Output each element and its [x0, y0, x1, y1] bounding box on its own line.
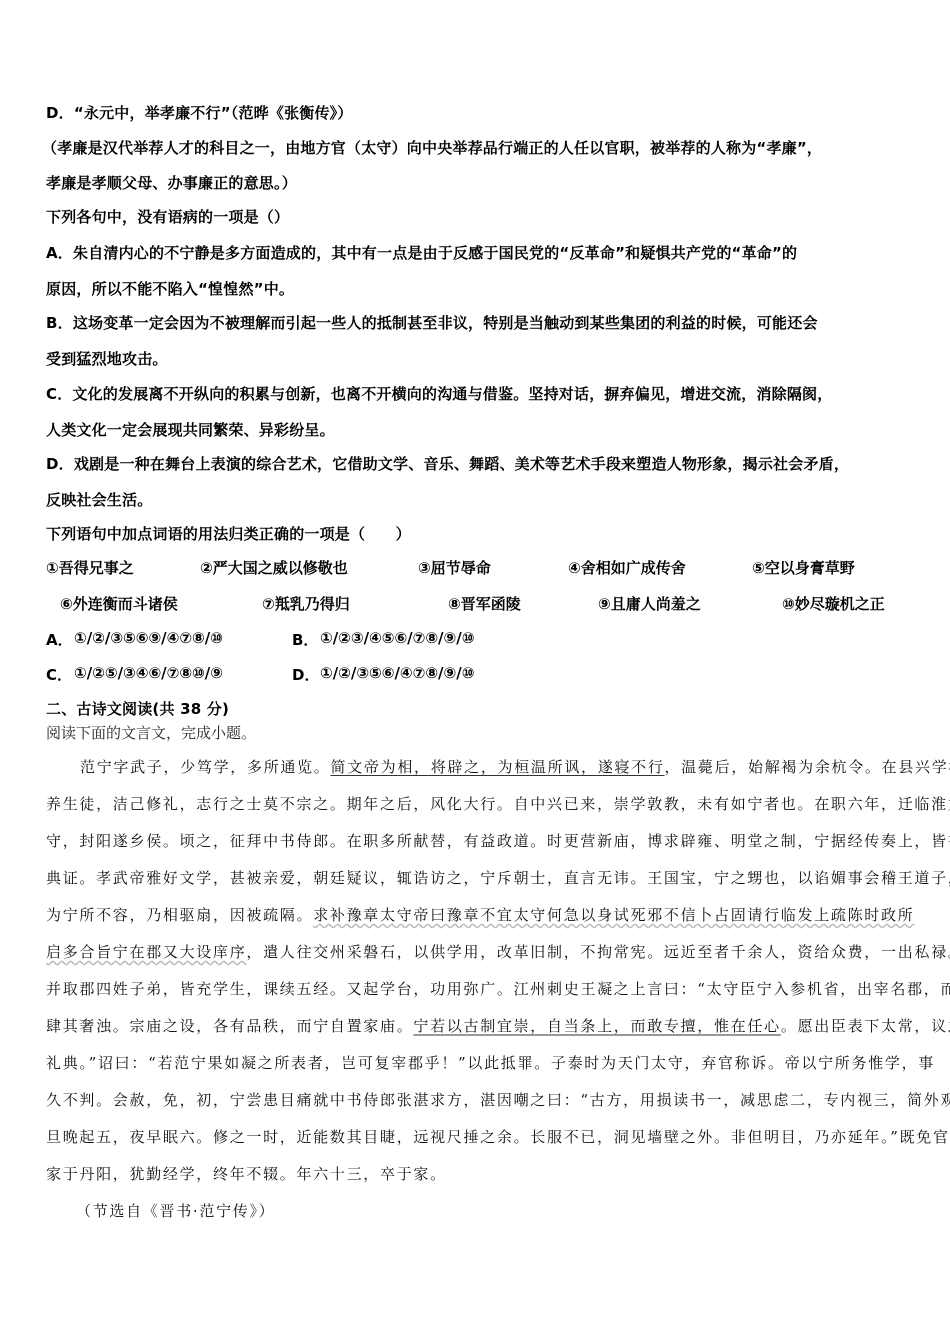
grammar-option-c-line2: 人类文化一定会展现共同繁荣、异彩纷呈。 — [46, 419, 335, 440]
passage-line-8: 肆其奢浊。宗庙之设，各有品秩，而宁自置家庙。宁若以古制宜崇，自当条上，而敢专擅，… — [46, 1015, 950, 1036]
usage-item-9: ⑨且庸人尚羞之 — [598, 593, 701, 614]
answer-b-label: B． — [292, 629, 318, 650]
answer-b-value: ①/②③/④⑤⑥/⑦⑧/⑨/⑩ — [320, 629, 474, 647]
grammar-option-a-line1: A．朱自清内心的不宁静是多方面造成的，其中有一点是由于反感于国民党的“反革命”和… — [46, 242, 797, 263]
answer-d-value: ①/②/③⑤⑥/④⑦⑧/⑨/⑩ — [320, 664, 474, 682]
grammar-question-stem: 下列各句中，没有语病的一项是（） — [46, 206, 289, 227]
section-heading: 二、古诗文阅读(共 38 分) — [46, 698, 229, 719]
grammar-option-b-line2: 受到猛烈地攻击。 — [46, 348, 168, 369]
usage-item-7: ⑦羝乳乃得归 — [262, 593, 350, 614]
answer-c-value: ①/②⑤/③④⑥/⑦⑧⑩/⑨ — [74, 664, 223, 682]
usage-item-3: ③屈节辱命 — [418, 557, 491, 578]
underlined-sentence-2: 宁若以古制宜崇，自当条上，而敢专擅，惟在任心 — [413, 1017, 780, 1035]
wavy-underlined-segment: 求补豫章太守帝曰豫章不宜太守何急以身试死邪不信卜占固请行临发上疏陈时政所 — [313, 906, 914, 924]
passage-line-12: 家于丹阳，犹勤经学，终年不辍。年六十三，卒于家。 — [46, 1163, 447, 1184]
passage-line-7: 并取郡四姓子弟，皆充学生，课续五经。又起学台，功用弥广。江州刺史王凝之上言曰：“… — [46, 978, 950, 999]
passage-text: ，温薨后，始解褐为余杭令。在县兴学校， — [665, 758, 950, 776]
passage-line-2: 养生徒，洁己修礼，志行之士莫不宗之。期年之后，风化大行。自中兴已来，崇学敦教，未… — [46, 793, 950, 814]
grammar-option-d-line2: 反映社会生活。 — [46, 489, 152, 510]
usage-item-5: ⑤空以身膏草野 — [752, 557, 855, 578]
passage-source: （节选自《晋书·范宁传》） — [76, 1200, 275, 1221]
answer-d-label: D． — [292, 664, 319, 685]
passage-line-1: 范宁字武子，少笃学，多所通览。简文帝为相，将辟之，为桓温所讽，遂寝不行，温薨后，… — [80, 756, 950, 777]
passage-line-11: 旦晚起五，夜早眠六。修之一时，近能数其目睫，远视尺捶之余。长服不已，洞见墙壁之外… — [46, 1126, 950, 1147]
passage-text: 肆其奢浊。宗庙之设，各有品秩，而宁自置家庙。 — [46, 1017, 413, 1035]
usage-item-2: ②严大国之威以修敬也 — [200, 557, 348, 578]
prev-note-line1: （孝廉是汉代举荐人才的科目之一，由地方官（太守）向中央举荐品行端正的人任以官职，… — [42, 137, 822, 158]
passage-text: 为宁所不容，乃相驱扇，因被疏隔。 — [46, 906, 313, 924]
passage-line-6: 启多合旨宁在郡又大设庠序，遣人往交州采磐石，以供学用，改革旧制，不拘常宪。远近至… — [46, 941, 950, 962]
passage-line-5: 为宁所不容，乃相驱扇，因被疏隔。求补豫章太守帝曰豫章不宜太守何急以身试死邪不信卜… — [46, 904, 914, 925]
grammar-option-c-line1: C．文化的发展离不开纵向的积累与创新，也离不开横向的沟通与借鉴。坚持对话，摒弃偏… — [46, 383, 832, 404]
wavy-underlined-segment-cont: 启多合旨宁在郡又大设庠序 — [46, 943, 246, 961]
underlined-sentence-1: 简文帝为相，将辟之，为桓温所讽，遂寝不行 — [331, 758, 665, 776]
prev-note-line2: 孝廉是孝顺父母、办事廉正的意思。） — [46, 172, 297, 193]
usage-item-10: ⑩妙尽璇机之正 — [782, 593, 885, 614]
passage-text: 。愿出臣表下太常，议之 — [781, 1017, 950, 1035]
grammar-option-b-line1: B．这场变革一定会因为不被理解而引起一些人的抵制甚至非议，特别是当触动到某些集团… — [46, 312, 818, 333]
prev-option-d: D．“永元中，举孝廉不行”（范晔《张衡传》） — [46, 102, 353, 123]
answer-c-label: C． — [46, 664, 72, 685]
section-instruction: 阅读下面的文言文，完成小题。 — [46, 722, 256, 743]
usage-item-6: ⑥外连衡而斗诸侯 — [60, 593, 178, 614]
passage-text: 范宁字武子，少笃学，多所通览。 — [80, 758, 331, 776]
usage-item-4: ④舍相如广成传舍 — [568, 557, 686, 578]
grammar-option-d-line1: D．戏剧是一种在舞台上表演的综合艺术，它借助文学、音乐、舞蹈、美术等艺术手段来塑… — [46, 453, 849, 474]
passage-line-9: 礼典。”诏曰：“若范宁果如凝之所表者，岂可复宰郡乎！”以此抵罪。子泰时为天门太守… — [46, 1052, 935, 1073]
passage-line-3: 守，封阳遂乡侯。顷之，征拜中书侍郎。在职多所献替，有益政道。时更营新庙，博求辟雍… — [46, 830, 950, 851]
passage-line-4: 典证。孝武帝雅好文学，甚被亲爱，朝廷疑议，辄诰访之，宁斥朝士，直言无讳。王国宝，… — [46, 867, 950, 888]
usage-item-8: ⑧晋军函陵 — [448, 593, 521, 614]
passage-line-10: 久不判。会赦，免，初，宁尝患目痛就中书侍郎张湛求方，湛因嘲之曰：“古方，用损读书… — [46, 1089, 950, 1110]
passage-text: ，遣人往交州采磐石，以供学用，改革旧制，不拘常宪。远近至者千余人，资给众费，一出… — [246, 943, 950, 961]
answer-a-label: A． — [46, 629, 73, 650]
usage-item-1: ①吾得兄事之 — [46, 557, 134, 578]
usage-question-stem: 下列语句中加点词语的用法归类正确的一项是（ ） — [46, 523, 411, 544]
grammar-option-a-line2: 原因，所以不能不陷入“惶惶然”中。 — [46, 278, 294, 299]
answer-a-value: ①/②/③⑤⑥⑨/④⑦⑧/⑩ — [74, 629, 223, 647]
